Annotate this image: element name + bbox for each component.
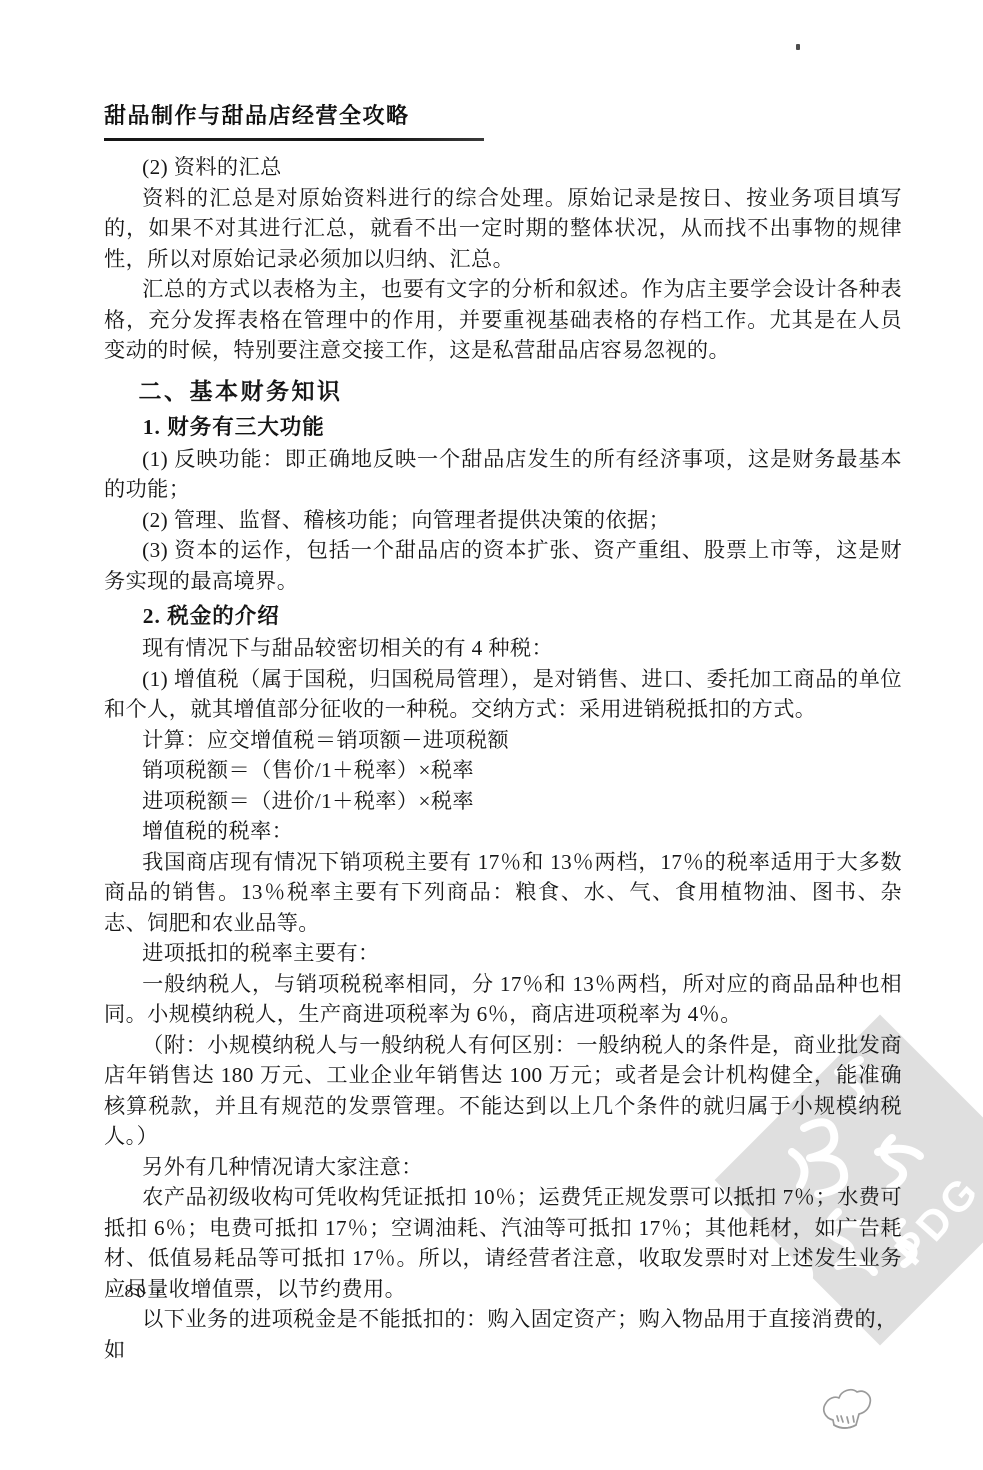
paragraph: (2) 资料的汇总	[104, 152, 902, 183]
page-number: · 80 ·	[108, 1281, 165, 1302]
formula-line: 销项税额＝（售价/1＋税率）×税率	[104, 755, 902, 786]
section-heading: 二、基本财务知识	[104, 376, 902, 407]
paragraph: 另外有几种情况请大家注意：	[104, 1152, 902, 1183]
scanned-book-page: PDG 甜品制作与甜品店经营全攻略 (2) 资料的汇总 资料的汇总是对原始资料进…	[0, 0, 983, 1470]
paragraph: 进项抵扣的税率主要有：	[104, 938, 902, 969]
subsection-heading: 2. 税金的介绍	[104, 601, 902, 632]
running-header-title: 甜品制作与甜品店经营全攻略	[104, 99, 410, 130]
paragraph: 增值税的税率：	[104, 816, 902, 847]
paragraph: 汇总的方式以表格为主，也要有文字的分析和叙述。作为店主要学会设计各种表格，充分发…	[104, 274, 902, 366]
chef-hat-icon	[818, 1383, 878, 1437]
header-rule	[104, 138, 484, 141]
paragraph: (1) 反映功能：即正确地反映一个甜品店发生的所有经济事项，这是财务最基本的功能…	[104, 444, 902, 505]
formula-line: 进项税额＝（进价/1＋税率）×税率	[104, 786, 902, 817]
paragraph: 以下业务的进项税金是不能抵扣的：购入固定资产；购入物品用于直接消费的，如	[104, 1304, 902, 1365]
paragraph: （附：小规模纳税人与一般纳税人有何区别：一般纳税人的条件是，商业批发商店年销售达…	[104, 1030, 902, 1152]
paragraph: 一般纳税人，与销项税税率相同，分 17％和 13％两档，所对应的商品品种也相同。…	[104, 969, 902, 1030]
page-body: (2) 资料的汇总 资料的汇总是对原始资料进行的综合处理。原始记录是按日、按业务…	[104, 152, 902, 1365]
paragraph: 资料的汇总是对原始资料进行的综合处理。原始记录是按日、按业务项目填写的，如果不对…	[104, 183, 902, 275]
formula-line: 计算：应交增值税＝销项额－进项税额	[104, 725, 902, 756]
paragraph: 现有情况下与甜品较密切相关的有 4 种税：	[104, 633, 902, 664]
subsection-heading: 1. 财务有三大功能	[104, 412, 902, 443]
paragraph: (3) 资本的运作，包括一个甜品店的资本扩张、资产重组、股票上市等，这是财务实现…	[104, 535, 902, 596]
scan-speck	[796, 44, 800, 50]
paragraph: (1) 增值税（属于国税，归国税局管理），是对销售、进口、委托加工商品的单位和个…	[104, 664, 902, 725]
paragraph: 农产品初级收构可凭收构凭证抵扣 10％；运费凭正规发票可以抵扣 7％；水费可抵扣…	[104, 1182, 902, 1304]
paragraph: (2) 管理、监督、稽核功能；向管理者提供决策的依据；	[104, 505, 902, 536]
paragraph: 我国商店现有情况下销项税主要有 17％和 13％两档，17％的税率适用于大多数商…	[104, 847, 902, 939]
